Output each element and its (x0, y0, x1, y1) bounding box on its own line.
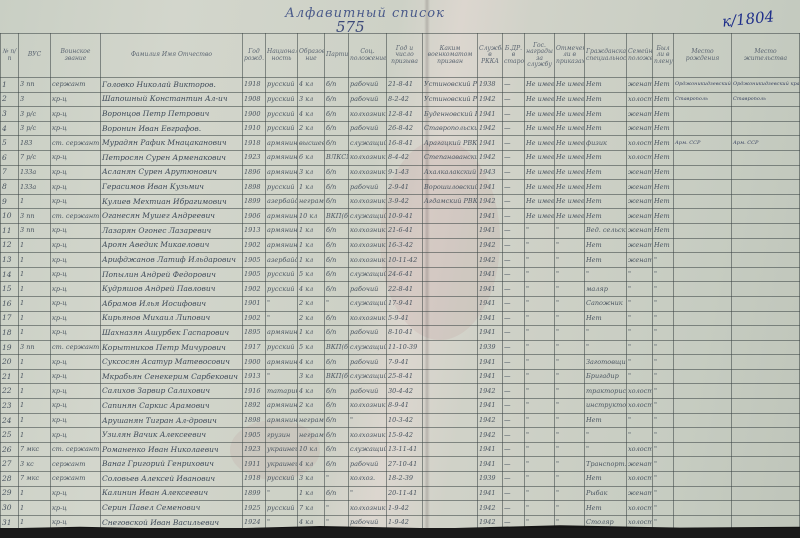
cell-nat: русский (266, 340, 298, 355)
cell-year: 1910 (243, 121, 266, 136)
cell-name: Шапошный Константин Ал-ич (101, 92, 243, 107)
cell-edu: 1 кл (298, 223, 325, 238)
cell-order: Не имеет (555, 92, 585, 107)
cell-n: 11 (1, 223, 19, 238)
cell-order: " (555, 296, 585, 311)
cell-rank: кр-ц (51, 194, 101, 209)
cell-n: 13 (1, 253, 19, 268)
cell-date: 9-1-43 (387, 165, 423, 180)
cell-party: ВКП(б) (325, 369, 349, 384)
cell-family: холост (627, 501, 653, 516)
cell-soc: рабочий (349, 180, 387, 195)
cell-captive: " (653, 253, 674, 268)
cell-award: " (525, 399, 555, 414)
cell-n: 15 (1, 282, 19, 297)
cell-birth (674, 150, 732, 165)
cell-edu: 3 кл (298, 165, 325, 180)
cell-rank: кр-ц (51, 369, 101, 384)
cell-vus: 3 (19, 92, 51, 107)
cell-award: " (525, 340, 555, 355)
cell-soc: рабочий (349, 121, 387, 136)
cell-date: 8-4-42 (387, 150, 423, 165)
cell-birth (674, 180, 732, 195)
cell-vus: 1 (19, 194, 51, 209)
cell-nat: " (266, 296, 298, 311)
document-sheet: Алфавитный список 575 к/1804 № п/пВУСВои… (0, 0, 800, 528)
cell-order: Не имеет (555, 136, 585, 151)
cell-party: б/п (325, 92, 349, 107)
cell-order: " (555, 486, 585, 501)
cell-award: Не имеет (525, 165, 555, 180)
cell-soc: колхозник (349, 311, 387, 326)
cell-order: " (555, 472, 585, 487)
table-row: 103 ппст. сержантОганесян Мушег Андрееви… (1, 209, 800, 224)
cell-captive: " (653, 486, 674, 501)
cell-vus: 3 пп (19, 209, 51, 224)
table-row: 161кр-цАбрамов Илья Иосифович1901"2 кл"с… (1, 296, 800, 311)
cell-home (732, 515, 800, 528)
cell-rvk (423, 428, 478, 443)
cell-award: " (525, 267, 555, 282)
column-header: Год и число призыва (387, 34, 423, 78)
cell-birth (674, 369, 732, 384)
cell-service: 1941 (478, 267, 503, 282)
cell-birth (674, 501, 732, 516)
cell-vus: 1 (19, 486, 51, 501)
cell-name: Мурадян Рафик Мнацаканович (101, 136, 243, 151)
cell-rvk (423, 384, 478, 399)
cell-order: " (555, 369, 585, 384)
cell-service: 1942 (478, 253, 503, 268)
cell-award: Не имеет (525, 92, 555, 107)
cell-edu: 4 кл (298, 384, 325, 399)
cell-edu: 4 кл (298, 282, 325, 297)
cell-year: 1923 (243, 150, 266, 165)
cell-name: Воронин Иван Евграфов. (101, 121, 243, 136)
cell-vus: 3 пп (19, 223, 51, 238)
cell-home (732, 296, 800, 311)
cell-name: Салихов Зарвир Салихович (101, 384, 243, 399)
cell-name: Асланян Сурен Арутюнович (101, 165, 243, 180)
cell-birth (674, 384, 732, 399)
cell-home: Ставрополь (732, 92, 800, 107)
cell-service: 1943 (478, 165, 503, 180)
table-row: 287 мкссержантСоловьев Алексей Иванович1… (1, 472, 800, 487)
cell-old: — (503, 486, 525, 501)
table-row: 7133акр-цАсланян Сурен Арутюнович1896арм… (1, 165, 800, 180)
cell-vus: 1 (19, 253, 51, 268)
column-header: Был ли в плену (653, 34, 674, 78)
cell-nat: украинец (266, 457, 298, 472)
cell-name: Оганесян Мушег Андреевич (101, 209, 243, 224)
cell-award: Не имеет (525, 78, 555, 93)
cell-service: 1938 (478, 78, 503, 93)
cell-year: 1905 (243, 428, 266, 443)
cell-name: Воронцов Петр Петрович (101, 107, 243, 122)
cell-date: 1-9-42 (387, 515, 423, 528)
column-header: Партийность (325, 34, 349, 78)
cell-captive: " (653, 340, 674, 355)
cell-date: 20-11-41 (387, 486, 423, 501)
cell-award: " (525, 413, 555, 428)
cell-home (732, 238, 800, 253)
cell-birth (674, 340, 732, 355)
cell-spec: Заготовщик (585, 355, 627, 370)
cell-nat: армянин (266, 136, 298, 151)
cell-service: 1941 (478, 107, 503, 122)
cell-rvk: Степанаванский РВК (423, 150, 478, 165)
cell-rvk: Арагацкий РВК (423, 136, 478, 151)
cell-soc: рабочий (349, 457, 387, 472)
cell-edu: 4 кл (298, 355, 325, 370)
cell-home (732, 340, 800, 355)
cell-year: 1913 (243, 223, 266, 238)
cell-award: " (525, 355, 555, 370)
cell-spec: Бригадир (585, 369, 627, 384)
table-row: 121кр-цАроян Аведик Микаелович1902армяни… (1, 238, 800, 253)
cell-rank: кр-ц (51, 486, 101, 501)
cell-year: 1892 (243, 399, 266, 414)
cell-family: холост (627, 472, 653, 487)
cell-n: 22 (1, 384, 19, 399)
table-row: 43 р/скр-цВоронин Иван Евграфов.1910русс… (1, 121, 800, 136)
cell-nat: русский (266, 121, 298, 136)
cell-award: Не имеет (525, 107, 555, 122)
cell-year: 1911 (243, 457, 266, 472)
cell-spec: маляр (585, 282, 627, 297)
cell-soc: рабочий (349, 515, 387, 528)
cell-spec: Нет (585, 165, 627, 180)
cell-nat: русский (266, 78, 298, 93)
cell-name: Снеговской Иван Васильевич (101, 515, 243, 528)
cell-family: " (627, 340, 653, 355)
cell-service: 1941 (478, 223, 503, 238)
table-row: 151кр-цКудряшов Андрей Павлович1902русск… (1, 282, 800, 297)
cell-vus: 3 р/с (19, 121, 51, 136)
cell-old: — (503, 296, 525, 311)
cell-party: б/п (325, 267, 349, 282)
cell-rvk (423, 486, 478, 501)
cell-name: Кулиев Мехтиан Ибрагимович (101, 194, 243, 209)
cell-soc: колхозник (349, 150, 387, 165)
column-header: ВУС (19, 34, 51, 78)
cell-birth (674, 209, 732, 224)
cell-soc: колхозник (349, 253, 387, 268)
cell-edu: 1 кл (298, 486, 325, 501)
cell-nat: армянин (266, 399, 298, 414)
cell-spec: Нет (585, 209, 627, 224)
cell-name: Головко Николай Викторов. (101, 78, 243, 93)
cell-spec: " (585, 340, 627, 355)
cell-edu: 2 кл (298, 296, 325, 311)
cell-service: 1941 (478, 355, 503, 370)
cell-rvk (423, 223, 478, 238)
cell-service: 1942 (478, 384, 503, 399)
cell-birth: Ставрополь (674, 92, 732, 107)
cell-captive: " (653, 413, 674, 428)
cell-home (732, 486, 800, 501)
cell-award: Не имеет (525, 121, 555, 136)
cell-nat: " (266, 486, 298, 501)
table-row: 301кр-цСерин Павел Семенович1925русский7… (1, 501, 800, 516)
cell-nat: армянин (266, 209, 298, 224)
cell-captive: " (653, 326, 674, 341)
cell-party: б/п (325, 413, 349, 428)
cell-service: 1942 (478, 428, 503, 443)
cell-family: холост (627, 442, 653, 457)
cell-old: — (503, 121, 525, 136)
cell-spec: Нет (585, 238, 627, 253)
cell-soc: колхозник (349, 194, 387, 209)
cell-date: 8-10-41 (387, 326, 423, 341)
cell-home (732, 267, 800, 282)
cell-nat: татарин (266, 384, 298, 399)
cell-name: Суксосян Асатур Матевосович (101, 355, 243, 370)
cell-rvk (423, 209, 478, 224)
cell-vus: 1 (19, 282, 51, 297)
cell-service: 1942 (478, 194, 503, 209)
cell-order: Не имеет (555, 107, 585, 122)
cell-home (732, 194, 800, 209)
cell-order: " (555, 355, 585, 370)
cell-date: 10-3-42 (387, 413, 423, 428)
table-row: 201кр-цСуксосян Асатур Матевосович1900ар… (1, 355, 800, 370)
cell-family: холост (627, 92, 653, 107)
cell-date: 18-2-39 (387, 472, 423, 487)
cell-old: — (503, 209, 525, 224)
cell-order: Не имеет (555, 165, 585, 180)
cell-rank: кр-ц (51, 311, 101, 326)
cell-birth (674, 253, 732, 268)
cell-family: женат (627, 194, 653, 209)
cell-award: Не имеет (525, 209, 555, 224)
cell-edu: 1 кл (298, 180, 325, 195)
cell-home (732, 209, 800, 224)
cell-year: 1905 (243, 253, 266, 268)
table-row: 241кр-цАрушанян Тигран Ал-дрович1898армя… (1, 413, 800, 428)
cell-n: 17 (1, 311, 19, 326)
cell-vus: 1 (19, 399, 51, 414)
column-header: Националь-ность (266, 34, 298, 78)
cell-vus: 1 (19, 428, 51, 443)
table-row: 131кр-цАрифджанов Латиф Ильдарович1905аз… (1, 253, 800, 268)
cell-vus: 1 (19, 238, 51, 253)
cell-family: холост (627, 399, 653, 414)
cell-rvk: Буденновский РВК (423, 107, 478, 122)
cell-nat: армянин (266, 150, 298, 165)
cell-service: 1942 (478, 121, 503, 136)
cell-party: " (325, 296, 349, 311)
cell-home: Орджоникидзевский край (732, 78, 800, 93)
cell-edu: 4 кл (298, 107, 325, 122)
cell-service: 1941 (478, 296, 503, 311)
cell-vus: 1 (19, 311, 51, 326)
cell-year: 1902 (243, 311, 266, 326)
cell-date: 21-6-41 (387, 223, 423, 238)
cell-rank: кр-ц (51, 253, 101, 268)
cell-vus: 183 (19, 136, 51, 151)
cell-name: Арушанян Тигран Ал-дрович (101, 413, 243, 428)
cell-captive: Нет (653, 180, 674, 195)
cell-n: 2 (1, 92, 19, 107)
cell-n: 16 (1, 296, 19, 311)
cell-order: " (555, 267, 585, 282)
cell-birth (674, 311, 732, 326)
cell-award: Не имеет (525, 136, 555, 151)
cell-date: 15-9-42 (387, 428, 423, 443)
cell-n: 4 (1, 121, 19, 136)
cell-rvk: Ставропольский РВК (423, 121, 478, 136)
cell-n: 7 (1, 165, 19, 180)
cell-nat: русский (266, 282, 298, 297)
cell-date: 17-9-41 (387, 296, 423, 311)
cell-home: Арм. ССР (732, 136, 800, 151)
cell-old: — (503, 457, 525, 472)
cell-spec: Рыбак (585, 486, 627, 501)
cell-n: 21 (1, 369, 19, 384)
cell-edu: 1 кл (298, 253, 325, 268)
cell-name: Узилян Вачик Алексеевич (101, 428, 243, 443)
cell-family: " (627, 413, 653, 428)
cell-order: " (555, 282, 585, 297)
cell-award: " (525, 253, 555, 268)
cell-n: 27 (1, 457, 19, 472)
cell-vus: 1 (19, 326, 51, 341)
column-header: Служба в РККА (478, 34, 503, 78)
cell-family: " (627, 369, 653, 384)
cell-rank: кр-ц (51, 326, 101, 341)
cell-soc: рабочий (349, 78, 387, 93)
cell-spec: Нет (585, 92, 627, 107)
cell-home (732, 282, 800, 297)
cell-spec: " (585, 442, 627, 457)
cell-n: 19 (1, 340, 19, 355)
cell-vus: 7 р/с (19, 150, 51, 165)
cell-edu: 3 кл (298, 92, 325, 107)
cell-party: б/п (325, 442, 349, 457)
cell-birth: Арм. ССР (674, 136, 732, 151)
cell-n: 6 (1, 150, 19, 165)
cell-n: 31 (1, 515, 19, 528)
cell-nat: русский (266, 472, 298, 487)
cell-party: " (325, 515, 349, 528)
cell-award: " (525, 457, 555, 472)
cell-birth (674, 399, 732, 414)
cell-party: б/п (325, 384, 349, 399)
column-header: Семейное положение (627, 34, 653, 78)
cell-rank: кр-ц (51, 413, 101, 428)
cell-party: ВКП(б) (325, 209, 349, 224)
table-row: 33 р/скр-цВоронцов Петр Петрович1900русс… (1, 107, 800, 122)
cell-birth (674, 107, 732, 122)
cell-edu: 5 кл (298, 340, 325, 355)
cell-spec: Сапожник (585, 296, 627, 311)
cell-date: 8-2-42 (387, 92, 423, 107)
cell-year: 1917 (243, 340, 266, 355)
cell-captive: " (653, 457, 674, 472)
cell-captive: " (653, 399, 674, 414)
cell-party: б/п (325, 107, 349, 122)
cell-year: 1906 (243, 209, 266, 224)
cell-spec: Нет (585, 78, 627, 93)
cell-family: " (627, 311, 653, 326)
cell-captive: " (653, 355, 674, 370)
cell-order: " (555, 384, 585, 399)
cell-birth (674, 194, 732, 209)
cell-rvk (423, 472, 478, 487)
cell-spec: Нет (585, 472, 627, 487)
cell-rvk (423, 253, 478, 268)
cell-n: 26 (1, 442, 19, 457)
cell-party: б/п (325, 355, 349, 370)
cell-old: — (503, 369, 525, 384)
cell-date: 8-9-41 (387, 399, 423, 414)
cell-captive: " (653, 384, 674, 399)
cell-year: 1900 (243, 107, 266, 122)
cell-vus: 1 (19, 413, 51, 428)
cell-family: женат (627, 253, 653, 268)
cell-vus: 133а (19, 165, 51, 180)
cell-service: 1941 (478, 369, 503, 384)
cell-date: 10-11-42 (387, 253, 423, 268)
cell-nat: " (266, 311, 298, 326)
cell-year: 1923 (243, 442, 266, 457)
cell-year: 1924 (243, 515, 266, 528)
cell-nat: грузин (266, 428, 298, 443)
cell-vus: 1 (19, 355, 51, 370)
column-header: Место жительства (732, 34, 800, 78)
cell-party: б/п (325, 253, 349, 268)
cell-soc: колхозник (349, 107, 387, 122)
cell-rvk (423, 457, 478, 472)
cell-birth (674, 442, 732, 457)
cell-edu: 1 кл (298, 326, 325, 341)
cell-home (732, 501, 800, 516)
cell-soc: колхозник (349, 428, 387, 443)
column-header: Гос. награды за службу (525, 34, 555, 78)
cell-award: " (525, 442, 555, 457)
cell-service: 1941 (478, 209, 503, 224)
cell-birth (674, 238, 732, 253)
cell-n: 9 (1, 194, 19, 209)
cell-spec: Вед. сельск. хоз. раб. (585, 223, 627, 238)
cell-rank: ст. сержант (51, 209, 101, 224)
cell-date: 22-8-41 (387, 282, 423, 297)
cell-old: — (503, 223, 525, 238)
cell-old: — (503, 384, 525, 399)
cell-rvk: Агдамский РВК (423, 194, 478, 209)
cell-old: — (503, 92, 525, 107)
cell-captive: " (653, 442, 674, 457)
cell-order: " (555, 413, 585, 428)
cell-rank: ст. сержант (51, 136, 101, 151)
cell-captive: Нет (653, 150, 674, 165)
cell-order: " (555, 340, 585, 355)
cell-soc: служащий (349, 209, 387, 224)
cell-birth (674, 428, 732, 443)
cell-old: — (503, 180, 525, 195)
cell-captive: " (653, 515, 674, 528)
cell-family: женат (627, 121, 653, 136)
cell-year: 1908 (243, 92, 266, 107)
cell-award: " (525, 384, 555, 399)
cell-nat: армянин (266, 165, 298, 180)
cell-old: — (503, 515, 525, 528)
cell-order: Не имеет (555, 209, 585, 224)
cell-birth (674, 457, 732, 472)
cell-service: 1941 (478, 136, 503, 151)
cell-edu: 3 кл (298, 472, 325, 487)
